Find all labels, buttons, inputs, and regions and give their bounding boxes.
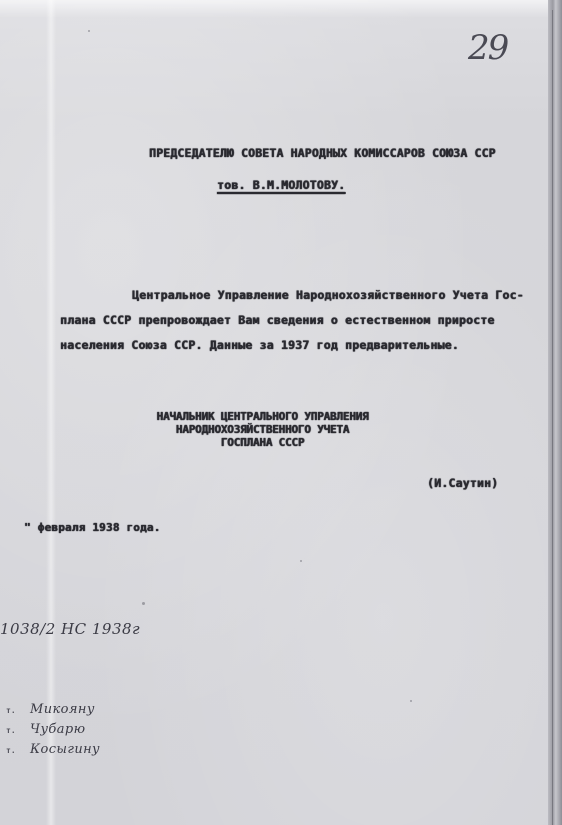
signature-title-line: НАРОДНОХОЗЯЙСТВЕННОГО УЧЕТА [140,423,385,436]
signature-title-line: ГОСПЛАНА СССР [140,436,385,449]
paper-speck [410,700,412,702]
document-date: " февраля 1938 года. [24,521,160,534]
distribution-item: т. Микояну [6,702,100,722]
paper-speck [88,30,90,32]
body-line: плана СССР препровождает Вам сведения о … [60,313,495,327]
paper-speck [300,560,302,562]
distribution-prefix: т. [6,726,30,735]
distribution-prefix: т. [6,706,30,715]
signer-name: (И.Саутин) [427,476,498,490]
body-line: Центральное Управление Народнохозяйствен… [132,288,524,302]
distribution-list: т. Микояну т. Чубарю т. Косыгину [6,702,100,762]
addressee-title: ПРЕДСЕДАТЕЛЮ СОВЕТА НАРОДНЫХ КОМИССАРОВ … [149,146,496,160]
signature-block: НАЧАЛЬНИК ЦЕНТРАЛЬНОГО УПРАВЛЕНИЯ НАРОДН… [140,410,385,449]
paper-speck [142,602,145,605]
signature-title-line: НАЧАЛЬНИК ЦЕНТРАЛЬНОГО УПРАВЛЕНИЯ [140,410,385,423]
page-edge [548,0,562,825]
document-page: 29 ПРЕДСЕДАТЕЛЮ СОВЕТА НАРОДНЫХ КОМИССАР… [0,0,548,825]
distribution-prefix: т. [6,746,30,755]
addressee-name: тов. В.М.МОЛОТОВУ. [217,178,345,192]
distribution-name: Чубарю [30,722,85,737]
distribution-name: Микояну [30,702,95,717]
distribution-name: Косыгину [30,742,100,757]
distribution-item: т. Чубарю [6,722,100,742]
body-line: населения Союза ССР. Данные за 1937 год … [60,338,459,352]
registration-number: 1038/2 НС 1938г [0,620,140,638]
distribution-item: т. Косыгину [6,742,100,762]
folio-number: 29 [468,28,507,68]
